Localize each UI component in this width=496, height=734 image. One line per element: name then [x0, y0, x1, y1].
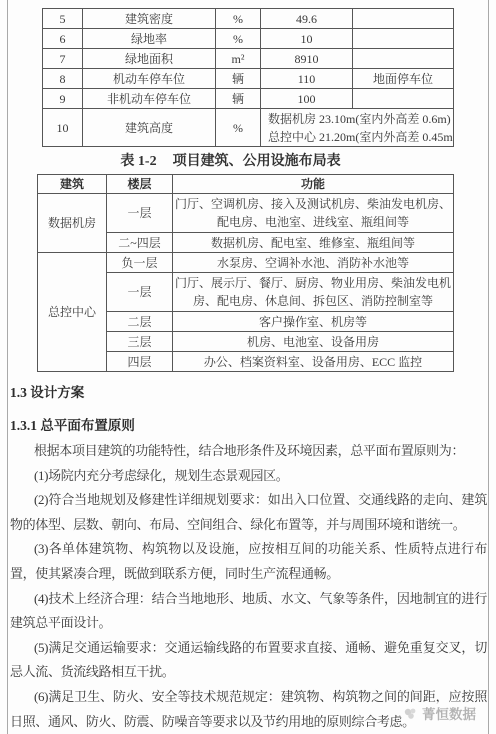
row-name: 建筑密度: [83, 9, 216, 29]
row-name: 绿地率: [83, 29, 216, 49]
watermark: 菁恒数据: [401, 702, 478, 724]
row-name: 建筑高度: [83, 109, 216, 147]
table-row: 数据机房 一层 门厅、空调机房、接入及测试机房、柴油发电机房、配电房、电池室、进…: [38, 194, 454, 233]
paragraph: 根据本项目建筑的功能特性，结合地形条件及环境因素，总平面布置原则为：: [10, 439, 487, 464]
row-value: 110: [261, 69, 353, 89]
building-name: 数据机房: [38, 194, 107, 253]
row-note: [353, 29, 454, 49]
row-note: [353, 9, 454, 29]
header-floor: 楼层: [107, 175, 173, 194]
building-height-line1: 数据机房 23.10m(室内外高差 0.6m): [268, 110, 451, 128]
table-row: 9 非机动车停车位 辆 100: [43, 89, 454, 109]
document-page: 5 建筑密度 % 49.6 6 绿地率 % 10 7 绿地面积 m² 8910: [0, 0, 496, 734]
floor-function: 门厅、展示厅、餐厅、厨房、物业用房、柴油发电机房、配电房、休息间、拆包区、消防控…: [173, 273, 454, 312]
row-name: 绿地面积: [83, 49, 216, 69]
page-right-border: [488, 0, 489, 734]
floor-function: 数据机房、配电室、维修室、瓶组间等: [173, 233, 454, 253]
row-value: 8910: [261, 49, 353, 69]
row-unit: %: [216, 109, 261, 147]
floor-function: 水泵房、空调补水池、消防补水池等: [173, 253, 454, 273]
layout-table: 建筑 楼层 功能 数据机房 一层 门厅、空调机房、接入及测试机房、柴油发电机房、…: [37, 174, 454, 372]
row-no: 7: [43, 49, 83, 69]
paragraph: (3)各单体建筑物、构筑物以及设施，应按相互间的功能关系、性质特点进行布置，使其…: [10, 537, 487, 586]
floor-label: 二~四层: [107, 233, 173, 253]
building-name: 总控中心: [38, 253, 107, 372]
page-content: 5 建筑密度 % 49.6 6 绿地率 % 10 7 绿地面积 m² 8910: [8, 0, 488, 734]
table-row: 总控中心 负一层 水泵房、空调补水池、消防补水池等: [38, 253, 454, 273]
table-caption-title: 项目建筑、公用设施布局表: [173, 154, 341, 169]
section-heading-1-3-1: 1.3.1 总平面布置原则: [10, 413, 488, 438]
row-unit: m²: [216, 49, 261, 69]
floor-label: 二层: [107, 312, 173, 332]
row-unit: %: [216, 9, 261, 29]
row-value: 100: [261, 89, 353, 109]
row-value: 10: [261, 29, 353, 49]
header-function: 功能: [173, 175, 454, 194]
paragraph: (5)满足交通运输要求：交通运输线路的布置要求直接、通畅、避免重复交叉，切忌人流…: [10, 636, 487, 685]
floor-label: 三层: [107, 332, 173, 352]
floor-label: 一层: [107, 194, 173, 233]
row-note: [353, 49, 454, 69]
floor-function: 办公、档案资料室、设备用房、ECC 监控: [173, 352, 454, 372]
body-paragraphs: 根据本项目建筑的功能特性，结合地形条件及环境因素，总平面布置原则为： (1)场院…: [10, 439, 487, 734]
table-header-row: 建筑 楼层 功能: [38, 175, 454, 194]
row-value: 49.6: [261, 9, 353, 29]
row-no: 6: [43, 29, 83, 49]
table-row: 10 建筑高度 % 数据机房 23.10m(室内外高差 0.6m) 总控中心 2…: [43, 109, 454, 147]
paragraph: (4)技术上经济合理：结合当地地形、地质、水文、气象等条件，因地制宜的进行建筑总…: [10, 587, 487, 636]
floor-function: 客户操作室、机房等: [173, 312, 454, 332]
table-row: 7 绿地面积 m² 8910: [43, 49, 454, 69]
building-height-line2: 总控中心 21.20m(室内外高差 0.45m): [268, 128, 451, 146]
table-row: 8 机动车停车位 辆 110 地面停车位: [43, 69, 454, 89]
paragraph: (1)场院内充分考虑绿化，规划生态景观园区。: [10, 464, 487, 489]
row-note: 地面停车位: [353, 69, 454, 89]
row-no: 8: [43, 69, 83, 89]
watermark-text: 菁恒数据: [422, 703, 476, 723]
section-heading-1-3: 1.3 设计方案: [10, 380, 488, 405]
watermark-logo-icon: [403, 706, 418, 721]
row-no: 9: [43, 89, 83, 109]
row-name: 机动车停车位: [83, 69, 216, 89]
row-value-merged: 数据机房 23.10m(室内外高差 0.6m) 总控中心 21.20m(室内外高…: [261, 109, 454, 147]
floor-label: 一层: [107, 273, 173, 312]
row-unit: 辆: [216, 69, 261, 89]
table-caption: 表 1-2项目建筑、公用设施布局表: [8, 152, 453, 171]
row-unit: 辆: [216, 89, 261, 109]
row-name: 非机动车停车位: [83, 89, 216, 109]
row-unit: %: [216, 29, 261, 49]
header-building: 建筑: [38, 175, 107, 194]
paragraph: (2)符合当地规划及修建性详细规划要求：如出入口位置、交通线路的走向、建筑物的体…: [10, 488, 487, 537]
row-note: [353, 89, 454, 109]
table-row: 5 建筑密度 % 49.6: [43, 9, 454, 29]
floor-label: 负一层: [107, 253, 173, 273]
floor-function: 门厅、空调机房、接入及测试机房、柴油发电机房、配电房、电池室、进线室、瓶组间等: [173, 194, 454, 233]
row-no: 10: [43, 109, 83, 147]
floor-label: 四层: [107, 352, 173, 372]
indicators-table: 5 建筑密度 % 49.6 6 绿地率 % 10 7 绿地面积 m² 8910: [42, 8, 454, 147]
table-caption-label: 表 1-2: [120, 154, 156, 169]
row-no: 5: [43, 9, 83, 29]
table-row: 6 绿地率 % 10: [43, 29, 454, 49]
floor-function: 机房、电池室、设备用房: [173, 332, 454, 352]
